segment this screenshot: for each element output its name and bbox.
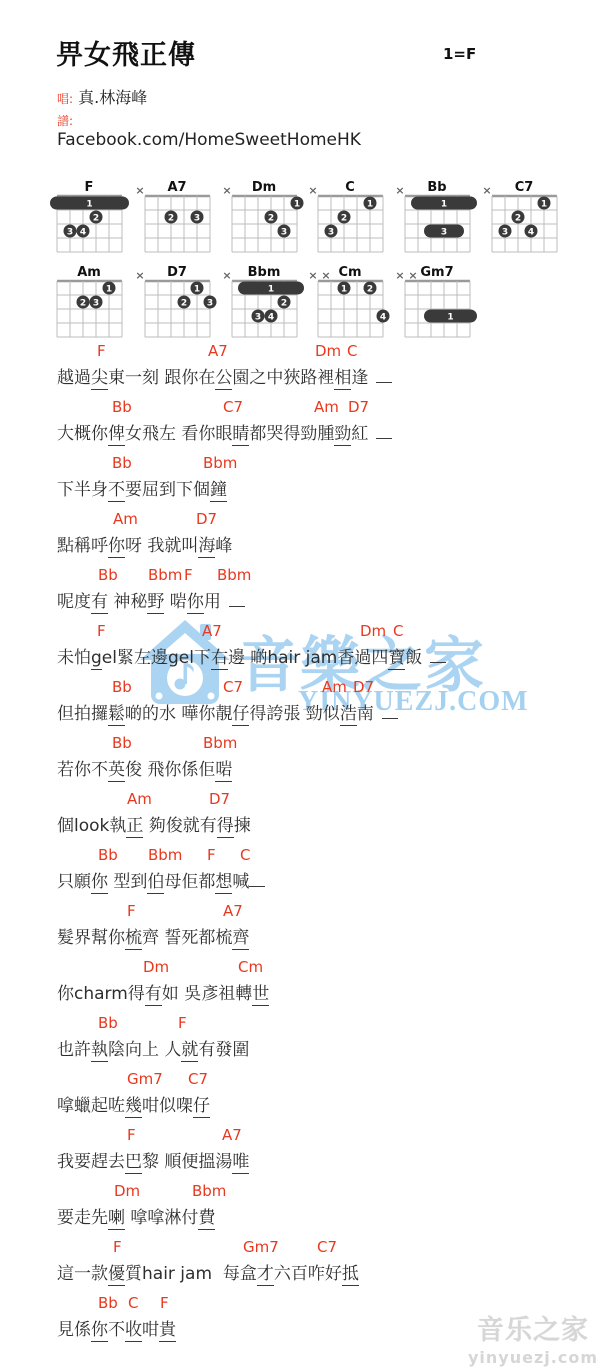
chord-label: F bbox=[184, 566, 193, 584]
lyric-segment: 揀 bbox=[234, 816, 251, 836]
underlined-char: 伯 bbox=[147, 872, 164, 894]
lyric-line-pair: BbF也許執陰向上 人就有發圍 bbox=[57, 1014, 602, 1070]
svg-text:3: 3 bbox=[194, 214, 200, 224]
lyric-segment: 越過 bbox=[57, 368, 91, 388]
lyric-line-pair: FA7髮界幫你梳齊 誓死都梳齊 bbox=[57, 902, 602, 958]
lyric-segment: 園之中狹路裡 bbox=[232, 368, 334, 388]
chord-label: Dm bbox=[315, 342, 341, 360]
chord-label: D7 bbox=[196, 510, 217, 528]
chord-label: Bbm bbox=[148, 566, 182, 584]
chord-label: Dm bbox=[114, 1182, 140, 1200]
svg-text:1: 1 bbox=[447, 313, 453, 323]
underlined-char: 浩 bbox=[340, 704, 357, 726]
lyric-segment: 不 bbox=[108, 1320, 125, 1340]
lyric-segment: 我要趕去 bbox=[57, 1152, 125, 1172]
score-label: 譜: bbox=[57, 114, 73, 128]
chord-label: Bb bbox=[98, 846, 118, 864]
chord-label: F bbox=[178, 1014, 187, 1032]
muted-string-marker: × bbox=[135, 269, 144, 282]
chord-label: Am bbox=[322, 678, 347, 696]
chord-label: F bbox=[127, 902, 136, 920]
lyric-segment: 都哭得勁腫 bbox=[249, 424, 334, 444]
muted-string-marker: × bbox=[222, 184, 231, 197]
lyric-segment: 喊 bbox=[232, 872, 249, 892]
song-key: 1=F bbox=[443, 45, 476, 63]
lyric-segment: 神秘 bbox=[108, 592, 147, 612]
lyric-line-pair: AmD7點稱呼你呀 我就叫海峰 bbox=[57, 510, 602, 566]
chord-diagram-C7: C7×1234 bbox=[472, 180, 568, 258]
lyric-line-pair: BbCF見係你不收咁貴 bbox=[57, 1294, 602, 1350]
underlined-char: 野 bbox=[147, 592, 164, 614]
lyric-segment: 夠俊就有 bbox=[143, 816, 216, 836]
chord-label: Bb bbox=[112, 678, 132, 696]
chord-diagram-D7: D7×123 bbox=[125, 265, 221, 343]
lyric-text: 只願你 型到伯母佢都想喊 bbox=[57, 871, 265, 893]
lyric-segment: 見係 bbox=[57, 1320, 91, 1340]
underlined-char: 你 bbox=[187, 592, 204, 614]
lyric-segment: 六百咋好 bbox=[274, 1264, 342, 1284]
lyric-text: 個look執正 夠俊就有得揀 bbox=[57, 815, 251, 837]
lyric-segment: 要走先 bbox=[57, 1208, 108, 1228]
singer-row: 唱: 真.林海峰 bbox=[57, 85, 147, 108]
chord-label: F bbox=[113, 1238, 122, 1256]
lyric-text: 越過尖東一刻 跟你在公園之中狹路裡相逢 bbox=[57, 367, 392, 389]
lyric-line-pair: Gm7C7嗱蠟起咗幾咁似㗎仔 bbox=[57, 1070, 602, 1126]
underlined-char: 尖 bbox=[91, 368, 108, 390]
lyric-segment: 下半身 bbox=[57, 480, 108, 500]
lyric-segment: 俊 飛你係佢 bbox=[125, 760, 215, 780]
chord-diagram-A7: A7×23 bbox=[125, 180, 221, 258]
lyric-segment: 嗱蠟起咗 bbox=[57, 1096, 125, 1116]
chord-label: Gm7 bbox=[243, 1238, 279, 1256]
svg-text:1: 1 bbox=[541, 200, 547, 210]
chord-label: C7 bbox=[188, 1070, 208, 1088]
svg-text:3: 3 bbox=[93, 299, 99, 309]
lyric-line-pair: BbBbmFC只願你 型到伯母佢都想喊 bbox=[57, 846, 602, 902]
underlined-char: 齊 bbox=[232, 928, 249, 950]
lyric-segment: 點稱呼 bbox=[57, 536, 108, 556]
underlined-char: 世 bbox=[252, 984, 269, 1006]
singer-label: 唱: bbox=[57, 92, 73, 106]
chord-label: F bbox=[207, 846, 216, 864]
underlined-char: 英 bbox=[108, 760, 125, 782]
underlined-char: 寶 bbox=[388, 648, 405, 670]
underlined-char: 巴 bbox=[125, 1152, 142, 1174]
lyric-segment: 也許 bbox=[57, 1040, 91, 1060]
chord-diagram-title: Bb bbox=[427, 180, 446, 195]
lyric-segment: 型到 bbox=[108, 872, 147, 892]
underlined-char: 喇 bbox=[108, 1208, 125, 1230]
lyric-text: 未怕gel緊左邊gel下右邊 啲hair jam香過四寶飯 bbox=[57, 647, 446, 669]
svg-text:3: 3 bbox=[281, 228, 287, 238]
svg-text:2: 2 bbox=[367, 285, 373, 295]
lyric-text: 髮界幫你梳齊 誓死都梳齊 bbox=[57, 927, 249, 949]
blank-underline bbox=[376, 369, 392, 383]
lyric-segment: 紅 bbox=[351, 424, 368, 444]
chord-label: C7 bbox=[317, 1238, 337, 1256]
lyric-line-pair: AmD7個look執正 夠俊就有得揀 bbox=[57, 790, 602, 846]
chord-diagram-title: Gm7 bbox=[420, 265, 453, 280]
svg-text:2: 2 bbox=[168, 214, 174, 224]
chord-diagram-C: C×123 bbox=[298, 180, 394, 258]
svg-text:1: 1 bbox=[194, 285, 200, 295]
svg-text:1: 1 bbox=[341, 285, 347, 295]
lyric-segment: 啱 bbox=[164, 592, 186, 612]
lyric-segment: 有發圍 bbox=[198, 1040, 249, 1060]
svg-text:2: 2 bbox=[93, 214, 99, 224]
lyric-text: 你charm得有如 吳彥祖轉世 bbox=[57, 983, 269, 1005]
lyric-line-pair: BbC7AmD7但拍攞鬆啲的水 嘩你靚仔得誇張 勁似浩南 bbox=[57, 678, 602, 734]
lyric-text: 也許執陰向上 人就有發圍 bbox=[57, 1039, 249, 1061]
underlined-char: 仔 bbox=[232, 704, 249, 726]
chord-label: A7 bbox=[208, 342, 228, 360]
chord-label: Dm bbox=[143, 958, 169, 976]
lyric-line-pair: FGm7C7這一款優質hair jam 每盒才六百咋好抵 bbox=[57, 1238, 602, 1294]
chord-label: Bb bbox=[112, 398, 132, 416]
underlined-char: 公 bbox=[215, 368, 232, 390]
chord-label: F bbox=[97, 622, 106, 640]
chord-label: Bbm bbox=[203, 734, 237, 752]
chord-diagram-title: Bbm bbox=[248, 265, 281, 280]
svg-text:3: 3 bbox=[502, 228, 508, 238]
blank-underline bbox=[376, 425, 392, 439]
lyric-segment: 東一刻 跟你在 bbox=[108, 368, 215, 388]
lyric-line-pair: DmBbm要走先喇 嗱嗱淋付費 bbox=[57, 1182, 602, 1238]
lyric-segment: 飯 bbox=[405, 648, 422, 668]
lyric-segment: 南 bbox=[357, 704, 374, 724]
underlined-char: 俾 bbox=[108, 424, 125, 446]
chord-label: Bbm bbox=[148, 846, 182, 864]
lyric-segment: 黎 順便搵湯 bbox=[142, 1152, 232, 1172]
muted-string-marker: × bbox=[308, 269, 317, 282]
svg-text:1: 1 bbox=[367, 200, 373, 210]
lyric-segment: 女飛左 看你眼 bbox=[125, 424, 232, 444]
singer-name: 真.林海峰 bbox=[78, 88, 147, 107]
lyric-line-pair: FA7我要趕去巴黎 順便搵湯唯 bbox=[57, 1126, 602, 1182]
lyrics-section: FA7DmC越過尖東一刻 跟你在公園之中狹路裡相逢BbC7AmD7大概你俾女飛左… bbox=[57, 342, 602, 1350]
chord-label: D7 bbox=[353, 678, 374, 696]
chord-label: D7 bbox=[209, 790, 230, 808]
muted-string-marker: × bbox=[408, 269, 417, 282]
underlined-char: 你 bbox=[108, 536, 125, 558]
muted-string-marker: × bbox=[395, 184, 404, 197]
svg-text:1: 1 bbox=[86, 200, 92, 210]
lyric-line-pair: BbBbm下半身不要屈到下個鐘 bbox=[57, 454, 602, 510]
underlined-char: 鬆 bbox=[108, 704, 125, 726]
muted-string-marker: × bbox=[482, 184, 491, 197]
lyric-text: 但拍攞鬆啲的水 嘩你靚仔得誇張 勁似浩南 bbox=[57, 703, 398, 725]
chord-label: F bbox=[97, 342, 106, 360]
lyric-segment: 呀 我就叫 bbox=[125, 536, 198, 556]
chord-label: Bbm bbox=[192, 1182, 226, 1200]
lyric-segment: 只願 bbox=[57, 872, 91, 892]
chord-diagram-Cm: Cm××124 bbox=[298, 265, 394, 343]
chord-label: F bbox=[127, 1126, 136, 1144]
svg-text:1: 1 bbox=[268, 285, 274, 295]
lyric-segment: 大概你 bbox=[57, 424, 108, 444]
lyric-segment: 得誇張 勁似 bbox=[249, 704, 339, 724]
lyric-text: 大概你俾女飛左 看你眼睛都哭得勁腫勁紅 bbox=[57, 423, 392, 445]
underlined-char: 睛 bbox=[232, 424, 249, 446]
chord-diagram-F: F1234 bbox=[37, 180, 133, 258]
underlined-char: 啱 bbox=[215, 760, 232, 782]
lyric-segment: el緊左邊gel下 bbox=[102, 648, 211, 668]
score-row: 譜: bbox=[57, 112, 73, 129]
lyric-line-pair: DmCm你charm得有如 吳彥祖轉世 bbox=[57, 958, 602, 1014]
chord-label: Bbm bbox=[203, 454, 237, 472]
chord-label: A7 bbox=[222, 1126, 242, 1144]
lyric-segment: 如 吳彥祖轉 bbox=[162, 984, 252, 1004]
svg-text:1: 1 bbox=[106, 285, 112, 295]
chord-label: Cm bbox=[238, 958, 263, 976]
chord-label: A7 bbox=[223, 902, 243, 920]
chord-label: A7 bbox=[202, 622, 222, 640]
underlined-char: 海 bbox=[198, 536, 215, 558]
muted-string-marker: × bbox=[222, 269, 231, 282]
chord-label: Bb bbox=[112, 734, 132, 752]
svg-text:4: 4 bbox=[80, 228, 86, 238]
chord-diagram-Bb: Bb×13 bbox=[385, 180, 481, 258]
underlined-char: 抵 bbox=[342, 1264, 359, 1286]
chord-label: C bbox=[347, 342, 357, 360]
svg-text:3: 3 bbox=[328, 228, 334, 238]
chord-diagram-Gm7: Gm7××1 bbox=[385, 265, 481, 343]
lyric-segment: 峰 bbox=[215, 536, 232, 556]
chord-diagram-title: F bbox=[85, 180, 94, 195]
chord-label: Dm bbox=[360, 622, 386, 640]
lyric-segment: 髮界幫你 bbox=[57, 928, 125, 948]
chord-diagram-title: A7 bbox=[167, 180, 186, 195]
underlined-char: 不 bbox=[108, 480, 125, 502]
chord-diagram-title: D7 bbox=[167, 265, 187, 280]
chord-label: Am bbox=[113, 510, 138, 528]
chord-label: Bb bbox=[98, 1014, 118, 1032]
svg-text:2: 2 bbox=[268, 214, 274, 224]
lyric-segment: 個look執 bbox=[57, 816, 126, 836]
underlined-char: 優 bbox=[108, 1264, 125, 1286]
lyric-line-pair: BbBbm若你不英俊 飛你係佢啱 bbox=[57, 734, 602, 790]
chord-label: Gm7 bbox=[127, 1070, 163, 1088]
facebook-link-text: Facebook.com/HomeSweetHomeHK bbox=[57, 130, 361, 150]
chord-diagram-Dm: Dm×123 bbox=[212, 180, 308, 258]
underlined-char: 勁 bbox=[334, 424, 351, 446]
lyric-segment: 要屈到下個 bbox=[125, 480, 210, 500]
lyric-segment: 陰向上 人 bbox=[108, 1040, 181, 1060]
svg-text:1: 1 bbox=[441, 200, 447, 210]
chord-label: C7 bbox=[223, 678, 243, 696]
chord-diagram-Bbm: Bbm×1234 bbox=[212, 265, 308, 343]
underlined-char: 才 bbox=[257, 1264, 274, 1286]
chord-label: Am bbox=[314, 398, 339, 416]
underlined-char: 右 bbox=[211, 648, 228, 670]
blank-underline bbox=[382, 705, 398, 719]
underlined-char: 貴 bbox=[159, 1320, 176, 1342]
svg-text:2: 2 bbox=[515, 214, 521, 224]
svg-text:3: 3 bbox=[441, 228, 447, 238]
chord-label: C bbox=[393, 622, 403, 640]
lyric-segment: 啲的水 嘩你靚 bbox=[125, 704, 232, 724]
chord-label: Bb bbox=[112, 454, 132, 472]
muted-string-marker: × bbox=[321, 269, 330, 282]
lyric-text: 若你不英俊 飛你係佢啱 bbox=[57, 759, 232, 781]
svg-text:2: 2 bbox=[341, 214, 347, 224]
lyric-segment: 呢度 bbox=[57, 592, 91, 612]
chord-diagram-title: C bbox=[345, 180, 355, 195]
page-title: 畀女飛正傳 bbox=[56, 33, 196, 72]
underlined-char: 梳 bbox=[125, 928, 142, 950]
underlined-char: 唯 bbox=[232, 1152, 249, 1174]
chord-label: Am bbox=[127, 790, 152, 808]
lyric-line-pair: FA7DmC未怕gel緊左邊gel下右邊 啲hair jam香過四寶飯 bbox=[57, 622, 602, 678]
lyric-line-pair: FA7DmC越過尖東一刻 跟你在公園之中狹路裡相逢 bbox=[57, 342, 602, 398]
muted-string-marker: × bbox=[395, 269, 404, 282]
lyric-text: 見係你不收咁貴 bbox=[57, 1319, 176, 1341]
underlined-char: 仔 bbox=[193, 1096, 210, 1118]
lyric-segment: 未怕 bbox=[57, 648, 91, 668]
chord-diagram-title: Dm bbox=[252, 180, 276, 195]
svg-text:4: 4 bbox=[268, 313, 274, 323]
lyric-segment: 母佢都 bbox=[164, 872, 215, 892]
lyric-segment: 嗱嗱淋付 bbox=[125, 1208, 198, 1228]
lyric-segment: 若你不 bbox=[57, 760, 108, 780]
underlined-char: 幾 bbox=[125, 1096, 142, 1118]
underlined-char: 有 bbox=[91, 592, 108, 614]
lyric-text: 要走先喇 嗱嗱淋付費 bbox=[57, 1207, 215, 1229]
lyric-text: 點稱呼你呀 我就叫海峰 bbox=[57, 535, 232, 557]
underlined-char: 正 bbox=[126, 816, 143, 838]
underlined-char: 你 bbox=[91, 1320, 108, 1342]
corner-watermark-domain: yinyuezj.com bbox=[455, 1348, 611, 1367]
lyric-segment: 咁似㗎 bbox=[142, 1096, 193, 1116]
svg-text:3: 3 bbox=[255, 313, 261, 323]
chord-label: C7 bbox=[223, 398, 243, 416]
blank-underline bbox=[229, 593, 245, 607]
chord-diagram-Am: Am123 bbox=[37, 265, 133, 343]
chord-sheet-page: 畀女飛正傳 1=F 唱: 真.林海峰 譜: Facebook.com/HomeS… bbox=[0, 0, 611, 1369]
lyric-segment: 齊 誓死都梳 bbox=[142, 928, 232, 948]
svg-text:2: 2 bbox=[281, 299, 287, 309]
lyric-text: 呢度有 神秘野 啱你用 bbox=[57, 591, 245, 613]
chord-label: D7 bbox=[348, 398, 369, 416]
chord-label: Bb bbox=[98, 1294, 118, 1312]
underlined-char: 執 bbox=[91, 1040, 108, 1062]
muted-string-marker: × bbox=[308, 184, 317, 197]
svg-text:3: 3 bbox=[67, 228, 73, 238]
underlined-char: 費 bbox=[198, 1208, 215, 1230]
underlined-char: 你 bbox=[91, 872, 108, 894]
blank-underline bbox=[249, 873, 265, 887]
underlined-char: 想 bbox=[215, 872, 232, 894]
lyric-segment: 邊 啲hair jam香過四 bbox=[228, 648, 388, 668]
lyric-text: 下半身不要屈到下個鐘 bbox=[57, 479, 227, 501]
chord-label: F bbox=[160, 1294, 169, 1312]
muted-string-marker: × bbox=[135, 184, 144, 197]
svg-text:4: 4 bbox=[528, 228, 534, 238]
lyric-segment: 這一款 bbox=[57, 1264, 108, 1284]
underlined-char: g bbox=[91, 648, 102, 670]
lyric-segment: 逢 bbox=[351, 368, 368, 388]
lyric-text: 這一款優質hair jam 每盒才六百咋好抵 bbox=[57, 1263, 359, 1285]
chord-label: C bbox=[240, 846, 250, 864]
lyric-segment: 質hair jam 每盒 bbox=[125, 1264, 257, 1284]
lyric-segment: 但拍攞 bbox=[57, 704, 108, 724]
svg-text:2: 2 bbox=[181, 299, 187, 309]
chord-diagram-title: Cm bbox=[338, 265, 361, 280]
chord-label: Bb bbox=[98, 566, 118, 584]
chord-diagram-title: C7 bbox=[515, 180, 534, 195]
underlined-char: 鐘 bbox=[210, 480, 227, 502]
svg-text:2: 2 bbox=[80, 299, 86, 309]
underlined-char: 收 bbox=[125, 1320, 142, 1342]
underlined-char: 得 bbox=[217, 816, 234, 838]
lyric-text: 嗱蠟起咗幾咁似㗎仔 bbox=[57, 1095, 210, 1117]
chord-label: C bbox=[128, 1294, 138, 1312]
chord-label: Bbm bbox=[217, 566, 251, 584]
lyric-text: 我要趕去巴黎 順便搵湯唯 bbox=[57, 1151, 249, 1173]
lyric-segment: 咁 bbox=[142, 1320, 159, 1340]
lyric-segment: 你charm得 bbox=[57, 984, 145, 1004]
underlined-char: 相 bbox=[334, 368, 351, 390]
chord-diagram-title: Am bbox=[77, 265, 101, 280]
underlined-char: 有 bbox=[145, 984, 162, 1006]
underlined-char: 就 bbox=[181, 1040, 198, 1062]
blank-underline bbox=[430, 649, 446, 663]
lyric-line-pair: BbBbmFBbm呢度有 神秘野 啱你用 bbox=[57, 566, 602, 622]
lyric-segment: 用 bbox=[204, 592, 221, 612]
lyric-line-pair: BbC7AmD7大概你俾女飛左 看你眼睛都哭得勁腫勁紅 bbox=[57, 398, 602, 454]
